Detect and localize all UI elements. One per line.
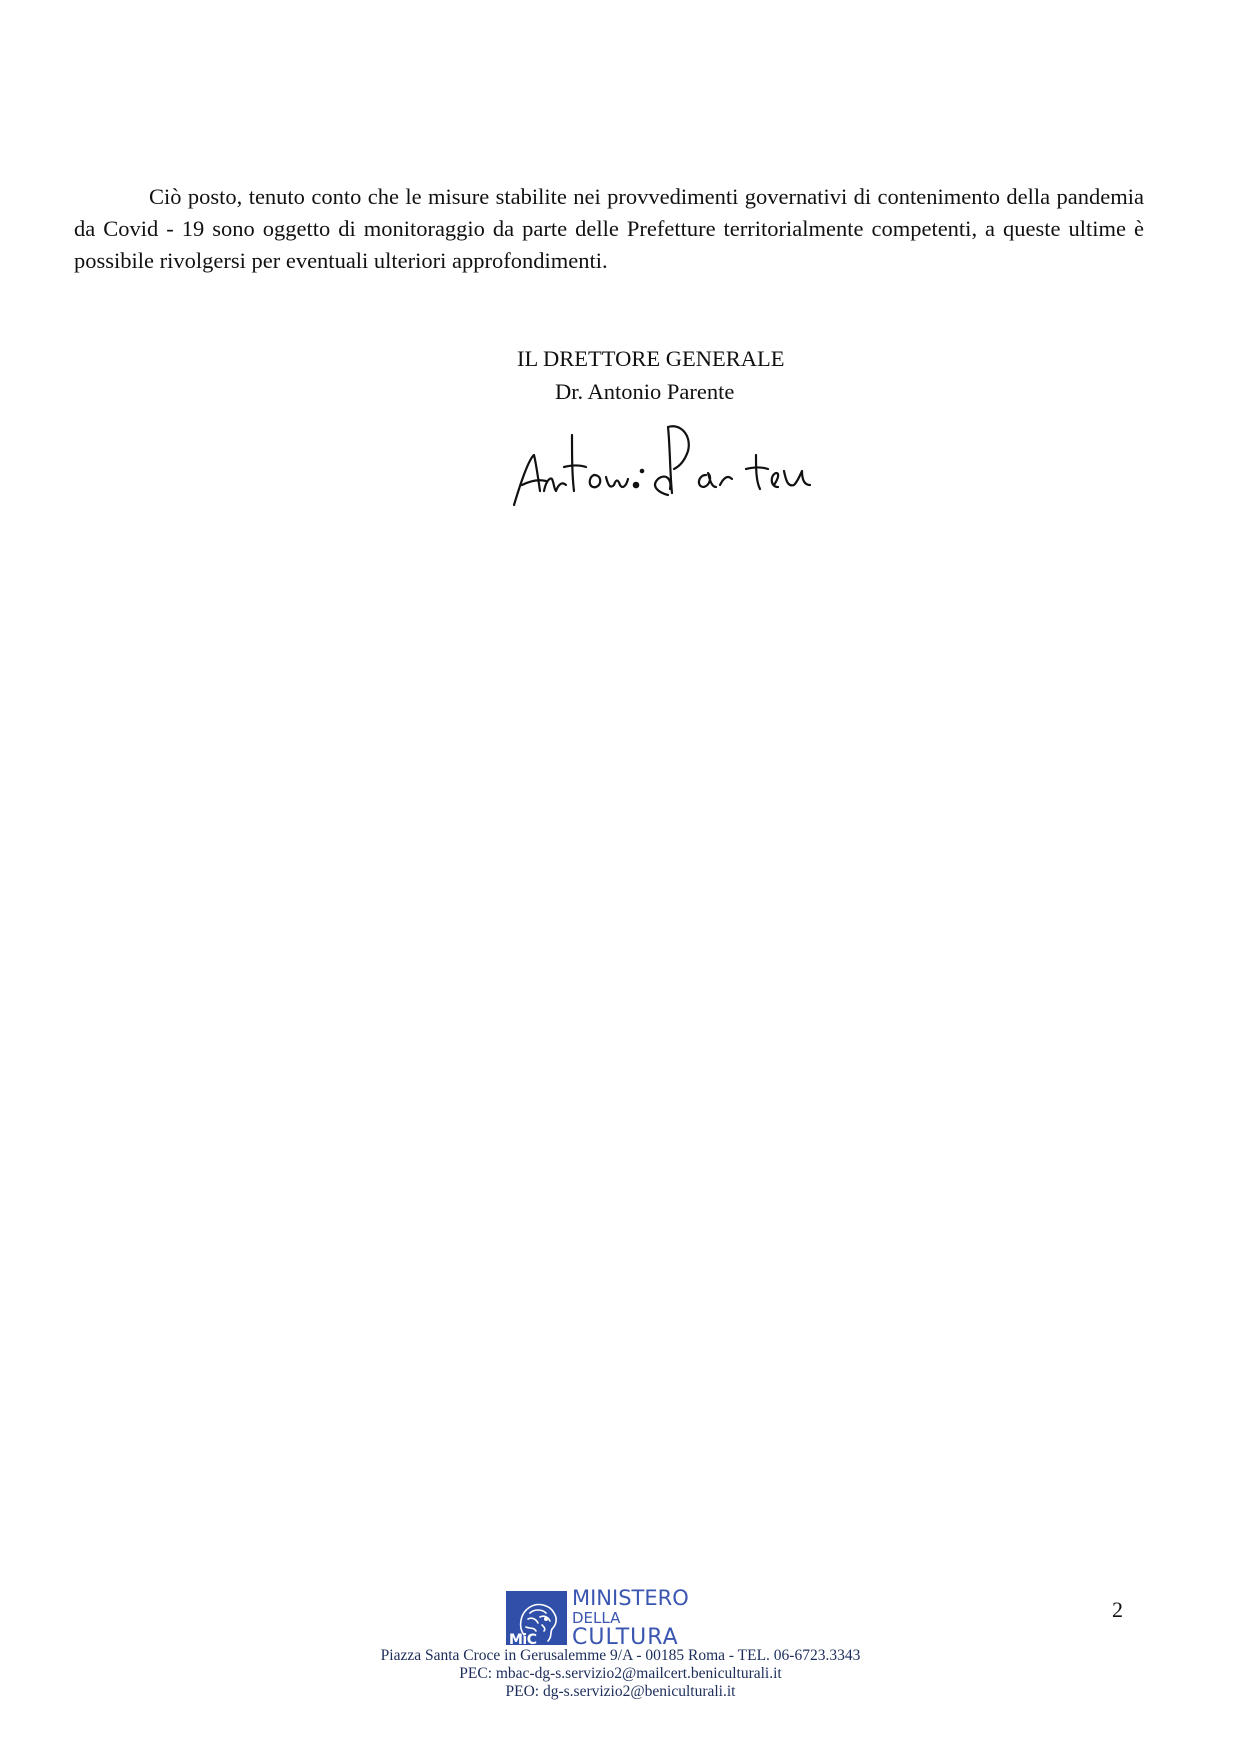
page-number: 2: [1112, 1597, 1123, 1623]
footer-contact: Piazza Santa Croce in Gerusalemme 9/A - …: [0, 1647, 1241, 1701]
logo-line-della: DELLA: [572, 1611, 689, 1626]
footer-pec: PEC: mbac-dg-s.servizio2@mailcert.benicu…: [0, 1665, 1241, 1683]
signatory-name: Dr. Antonio Parente: [555, 378, 734, 406]
body-paragraph: Ciò posto, tenuto conto che le misure st…: [74, 181, 1144, 277]
footer-address: Piazza Santa Croce in Gerusalemme 9/A - …: [0, 1647, 1241, 1665]
signatory-title: IL DRETTORE GENERALE: [517, 345, 784, 373]
logo-line-ministero: MINISTERO: [572, 1588, 689, 1609]
handwritten-signature-icon: [510, 415, 850, 510]
logo-line-cultura: CULTURA: [572, 1627, 689, 1649]
logo-wordmark: MINISTERO DELLA CULTURA: [572, 1588, 689, 1649]
logo-badge: MiC: [509, 1632, 537, 1645]
classical-head-icon: MiC: [506, 1591, 567, 1645]
ministry-logo: MiC MINISTERO DELLA CULTURA: [506, 1591, 696, 1645]
footer-peo: PEO: dg-s.servizio2@beniculturali.it: [0, 1683, 1241, 1701]
